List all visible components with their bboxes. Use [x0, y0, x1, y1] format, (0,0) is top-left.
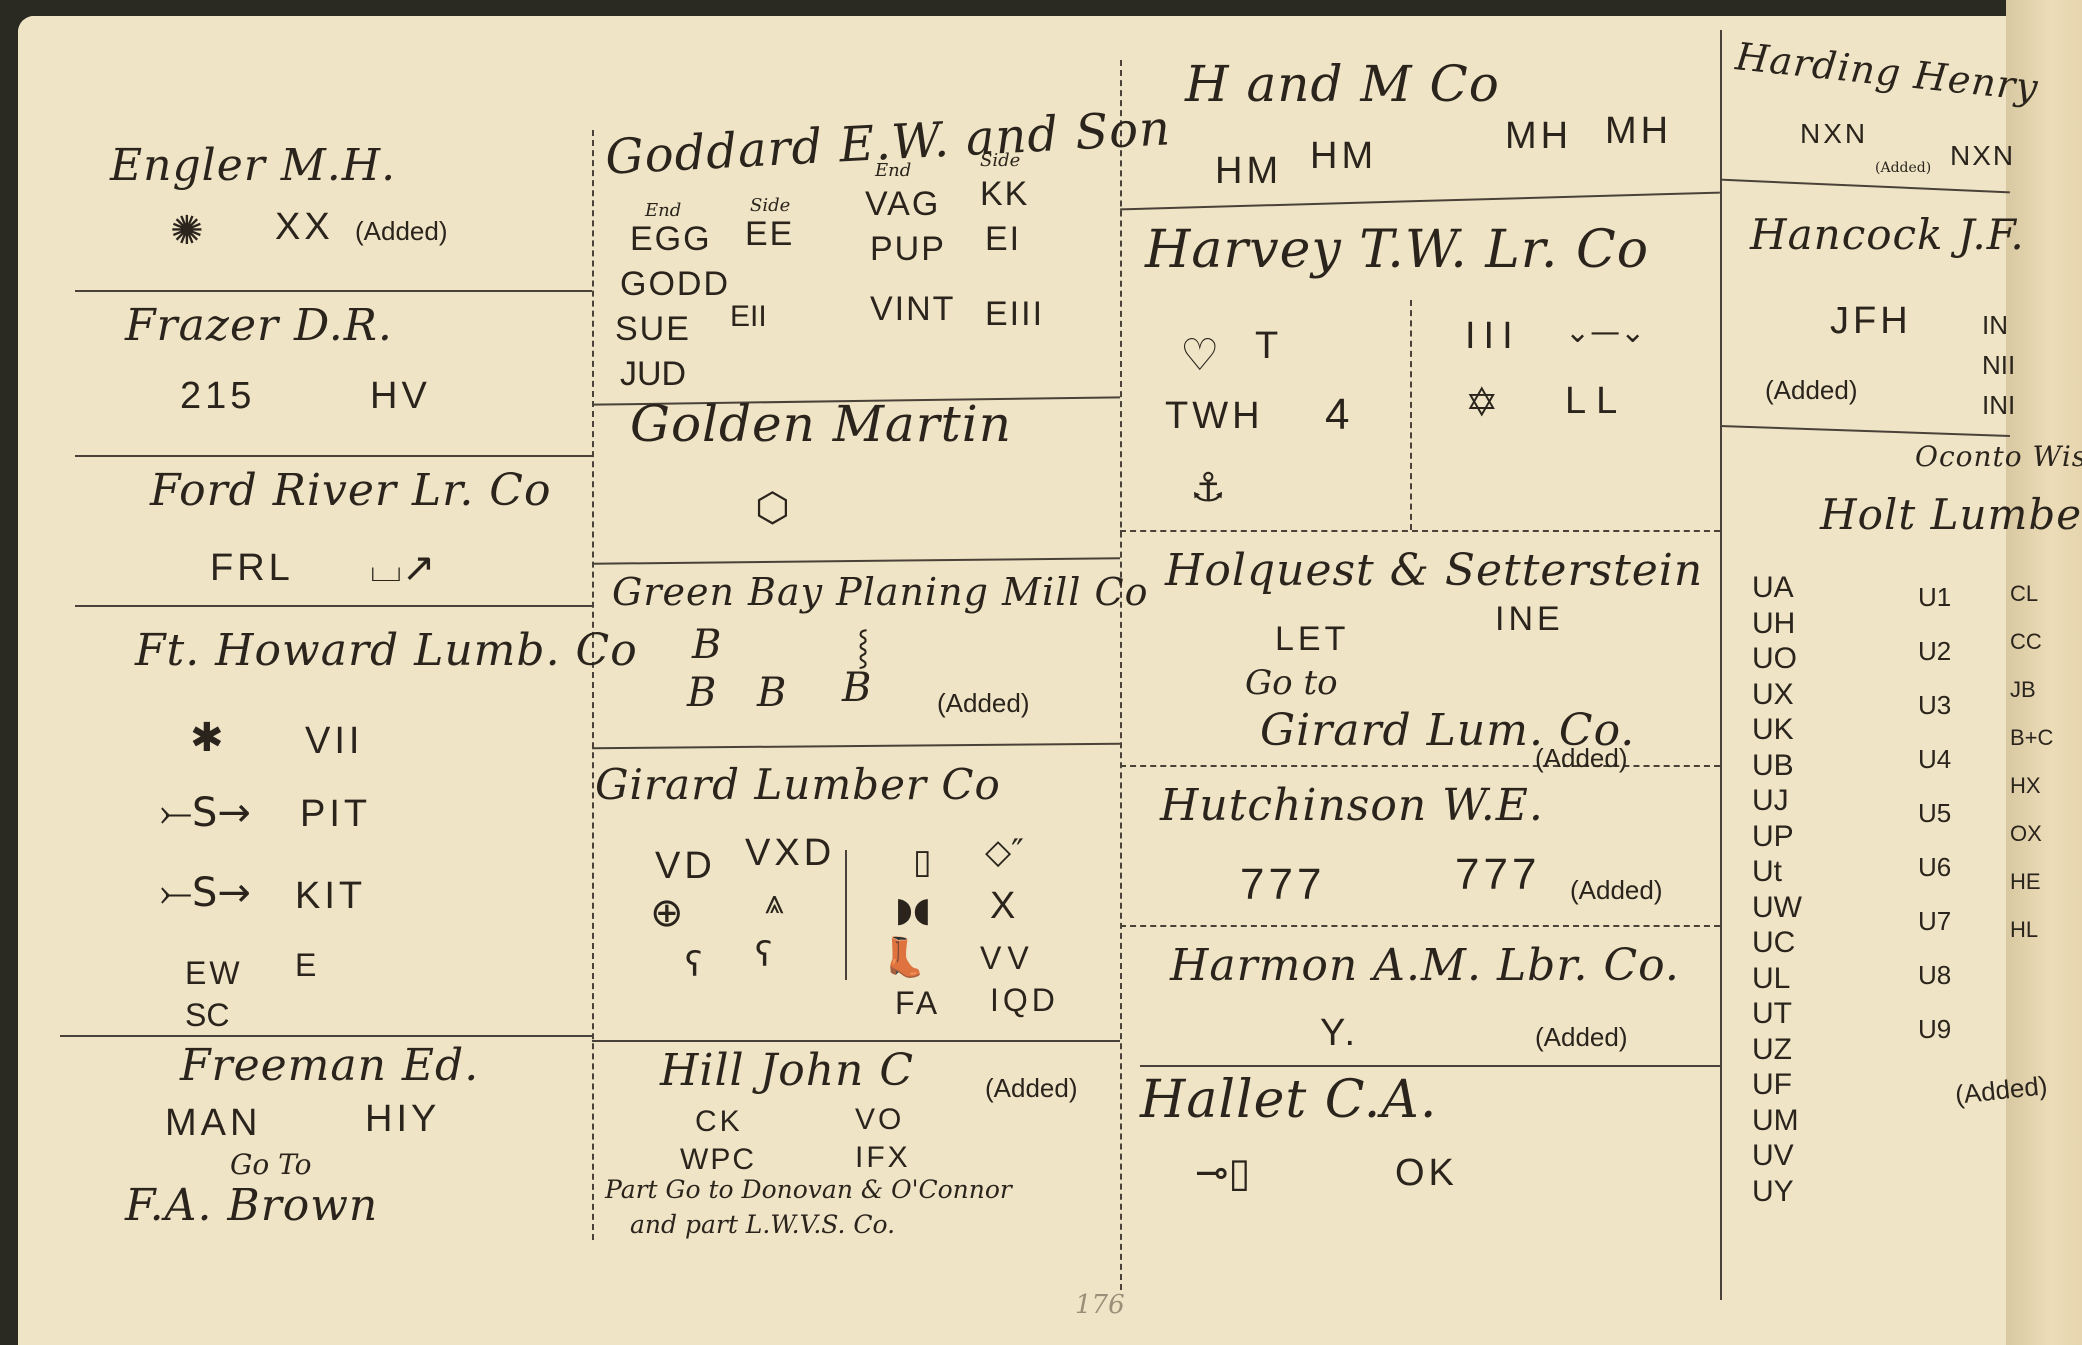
- transfer-note: Part Go to Donovan & O'Connor: [605, 1175, 1012, 1204]
- brand-mark: UV: [1752, 1138, 1802, 1174]
- brand-mark: EI: [985, 220, 1021, 259]
- entry-hill-john: Hill John C (Added) CK VO WPC IFX Part G…: [660, 1045, 914, 1096]
- entry-harding: Harding Henry NXN NXN (Added): [1735, 50, 2039, 94]
- key-icon: ⊸▯: [1195, 1150, 1251, 1196]
- brand-mark: CK: [695, 1105, 743, 1139]
- column-divider: [1120, 60, 1122, 1290]
- brand-mark: UJ: [1752, 783, 1802, 819]
- entry-girard: Girard Lumber Co VD VXD ⊕ ⩓ ʕ ʕ ▯ ◇″ ◗◖ …: [595, 760, 1001, 809]
- entry-name: Holquest & Setterstein: [1165, 545, 1703, 596]
- brand-mark: 215: [180, 375, 255, 418]
- brand-mark: UX: [1752, 677, 1802, 713]
- column-divider: [1720, 30, 1722, 1300]
- transfer-target: F.A. Brown: [125, 1180, 378, 1231]
- brand-mark: EE: [745, 215, 794, 254]
- brand-mark: VXD: [745, 832, 835, 875]
- brand-mark: MAN: [165, 1102, 261, 1145]
- entry-name: Holt Lumber: [1820, 490, 2082, 539]
- brand-mark: Y.: [1320, 1012, 1359, 1055]
- brand-mark: VINT: [870, 290, 955, 329]
- entry-name: Hallet C.A.: [1140, 1070, 1437, 1130]
- row-divider: [1120, 925, 1720, 927]
- brand-mark: HM: [1310, 135, 1377, 178]
- brand-mark: E: [295, 947, 316, 984]
- side-label: Side: [980, 150, 1020, 171]
- entry-name: Ft. Howard Lumb. Co: [135, 625, 638, 676]
- entry-name: Girard Lumber Co: [595, 760, 1001, 809]
- bar-icon: ▯: [913, 842, 932, 882]
- brand-mark: UZ: [1752, 1032, 1802, 1068]
- brand-mark: INI: [1982, 390, 2015, 421]
- brand-mark: FRL: [210, 547, 294, 590]
- row-divider: [1120, 530, 1720, 532]
- brand-mark: JFH: [1830, 300, 1912, 343]
- brand-mark: VV: [980, 940, 1035, 977]
- circle-cross-icon: ⊕: [650, 890, 684, 936]
- brand-mark: NII: [1982, 350, 2015, 381]
- brand-mark: U1: [1918, 570, 1951, 624]
- sun-icon: ✺: [170, 208, 204, 254]
- column-divider: [592, 130, 594, 1240]
- brand-mark: VO: [855, 1103, 904, 1137]
- transfer-note: Go to: [1245, 663, 1338, 703]
- brand-mark: III: [1465, 315, 1521, 358]
- brand-mark: SC: [185, 997, 229, 1034]
- entry-name: Freeman Ed.: [180, 1040, 479, 1091]
- entry-name: H and M Co: [1185, 55, 1500, 113]
- entry-name: Engler M.H.: [110, 140, 396, 191]
- brand-mark: PIT: [300, 793, 371, 836]
- brand-mark: 777: [1240, 860, 1325, 910]
- entry-engler: Engler M.H. ✺ XX (Added): [110, 140, 396, 191]
- entry-name: Ford River Lr. Co: [150, 465, 551, 516]
- anchor-icon: ⚓: [1190, 465, 1226, 511]
- entry-goddard: Goddard E.W. and Son End Side EGG EE GOD…: [605, 115, 1171, 171]
- entry-name: Harvey T.W. Lr. Co: [1145, 220, 1649, 280]
- added-note: (Added): [1570, 875, 1663, 906]
- brand-mark: 777: [1455, 850, 1540, 900]
- entry-name: Hill John C: [660, 1045, 914, 1096]
- brand-mark: VAG: [865, 185, 940, 224]
- brand-mark: UH: [1752, 606, 1802, 642]
- brand-mark: NXN: [1800, 118, 1868, 150]
- brand-mark: VD: [655, 845, 716, 888]
- entry-name: Golden Martin: [630, 395, 1012, 453]
- brand-mark: 4: [1325, 390, 1353, 440]
- hook-icon: ʕ: [755, 935, 772, 975]
- entry-freeman: Freeman Ed. MAN HIY Go To F.A. Brown: [180, 1040, 479, 1091]
- arrow-s-icon: ⤚S→: [160, 870, 251, 916]
- added-note: (Added): [1535, 1022, 1628, 1053]
- added-note: (Added): [937, 688, 1030, 719]
- a-brand-icon: ⩓: [765, 882, 784, 922]
- brand-mark: INE: [1495, 600, 1564, 639]
- brand-mark: HX: [2010, 762, 2053, 810]
- brand-mark: HE: [2010, 858, 2053, 906]
- page-number: 176: [1075, 1290, 1125, 1320]
- entry-ford-river: Ford River Lr. Co FRL ⌴↗: [150, 465, 551, 516]
- brand-mark: KK: [980, 175, 1029, 214]
- row-divider: [1120, 765, 1720, 767]
- boot-icon: 👢: [880, 935, 927, 980]
- hook-icon: ʕ: [685, 945, 702, 985]
- brand-mark: EW: [185, 955, 243, 992]
- heart-icon: ♡: [1180, 330, 1219, 381]
- added-note: (Added): [355, 216, 448, 247]
- bar-bracket-icon: ⌴↗: [370, 545, 436, 591]
- side-label: Side: [750, 195, 790, 216]
- entry-h-and-m: H and M Co HM HM MH MH: [1185, 55, 1500, 113]
- brand-mark: UC: [1752, 925, 1802, 961]
- brand-mark: EII: [730, 300, 767, 334]
- brand-mark: KIT: [295, 875, 366, 918]
- brand-mark: UF: [1752, 1067, 1802, 1103]
- entry-hallet: Hallet C.A. ⊸▯ OK: [1140, 1070, 1437, 1130]
- brand-mark: UW: [1752, 890, 1802, 926]
- brand-mark: X: [990, 885, 1019, 928]
- brand-mark: UA: [1752, 570, 1802, 606]
- brand-mark: HM: [1215, 150, 1282, 193]
- brand-mark: IN: [1982, 310, 2008, 341]
- row-divider: [75, 455, 592, 457]
- brand-mark: UT: [1752, 996, 1802, 1032]
- row-divider: [75, 605, 592, 607]
- brand-mark: U2: [1918, 624, 1951, 678]
- entry-green-bay: Green Bay Planing Mill Co B ⸾ B B B (Add…: [612, 570, 1148, 614]
- added-note: (Added): [1765, 375, 1858, 406]
- zigzag-icon: ⸾: [857, 622, 869, 668]
- brand-mark: B+C: [2010, 714, 2053, 762]
- brand-mark: B: [842, 665, 872, 711]
- arrow-s-icon: ⤚S→: [160, 790, 251, 836]
- entry-name: Hancock J.F.: [1750, 210, 2025, 259]
- entry-name: Harmon A.M. Lbr. Co.: [1170, 940, 1680, 991]
- brand-list-initials: CLCCJBB+CHXOXHEHL: [2010, 570, 2053, 954]
- brand-mark: EIII: [985, 295, 1044, 334]
- entry-name: Frazer D.R.: [125, 300, 393, 351]
- brand-mark: UP: [1752, 819, 1802, 855]
- moons-icon: ◗◖: [895, 890, 931, 930]
- entry-harvey: Harvey T.W. Lr. Co ♡ T TWH 4 ⚓ III ⌄—⌄ ✡…: [1145, 220, 1649, 280]
- entry-holquest: Holquest & Setterstein LET INE Go to Gir…: [1165, 545, 1703, 596]
- brand-mark: U7: [1918, 894, 1951, 948]
- brand-mark: U3: [1918, 678, 1951, 732]
- entry-name: Green Bay Planing Mill Co: [612, 570, 1148, 614]
- brand-mark: HIY: [365, 1098, 440, 1141]
- brand-mark: LL: [1565, 380, 1627, 423]
- brand-mark: SUE: [615, 310, 691, 349]
- brand-mark: EGG: [630, 220, 712, 259]
- brand-mark: IFX: [855, 1141, 911, 1175]
- brand-mark: U6: [1918, 840, 1951, 894]
- asterisk-icon: ✱: [190, 715, 224, 761]
- brand-mark: U8: [1918, 948, 1951, 1002]
- sub-divider: [845, 850, 847, 980]
- brand-mark: UK: [1752, 712, 1802, 748]
- brand-mark: WPC: [680, 1143, 756, 1177]
- end-label: End: [645, 200, 681, 221]
- star-icon: ✡: [1465, 380, 1499, 426]
- entry-golden-martin: Golden Martin ⬡: [630, 395, 1012, 453]
- row-divider: [75, 290, 592, 292]
- brand-mark: MH: [1605, 110, 1672, 153]
- brand-mark: JUD: [620, 355, 686, 394]
- entry-hancock: Hancock J.F. JFH (Added) IN NII INI: [1750, 210, 2025, 259]
- diamond-icon: ◇″: [985, 832, 1024, 872]
- added-note: (Added): [1535, 743, 1628, 774]
- hexagon-bracket-icon: ⬡: [755, 485, 790, 531]
- brand-mark: IQD: [990, 982, 1059, 1019]
- brand-mark: FA: [895, 985, 940, 1022]
- bar-arrow-icon: ⌄—⌄: [1565, 315, 1645, 350]
- brand-mark: U9: [1918, 1002, 1951, 1056]
- brand-mark: PUP: [870, 230, 946, 269]
- brand-mark: CL: [2010, 570, 2053, 618]
- brand-mark: OK: [1395, 1152, 1458, 1195]
- brand-mark: VII: [305, 720, 363, 763]
- brand-mark: HL: [2010, 906, 2053, 954]
- row-divider: [60, 1035, 592, 1037]
- entry-frazer: Frazer D.R. 215 HV: [125, 300, 393, 351]
- entry-ft-howard: Ft. Howard Lumb. Co ✱ VII ⤚S→ PIT ⤚S→ KI…: [135, 625, 638, 676]
- brand-mark: JB: [2010, 666, 2053, 714]
- entry-hutchinson: Hutchinson W.E. 777 777 (Added): [1160, 780, 1544, 831]
- brand-mark: Ut: [1752, 854, 1802, 890]
- brand-mark: MH: [1505, 115, 1572, 158]
- brand-mark: B: [757, 670, 787, 716]
- brand-list-u-numbers: U1U2U3U4U5U6U7U8U9: [1918, 570, 1951, 1056]
- added-note: (Added): [985, 1073, 1078, 1104]
- row-divider: [592, 1040, 1120, 1042]
- entry-harmon: Harmon A.M. Lbr. Co. Y. (Added): [1170, 940, 1680, 991]
- brand-mark: HV: [370, 375, 431, 418]
- brand-mark: T: [1255, 325, 1282, 368]
- brand-mark: UB: [1752, 748, 1802, 784]
- sub-divider: [1410, 300, 1412, 530]
- row-divider: [1140, 1065, 1720, 1067]
- brand-mark: UM: [1752, 1103, 1802, 1139]
- brand-mark: LET: [1275, 620, 1349, 659]
- transfer-note: Go To: [230, 1148, 311, 1181]
- brand-mark: XX: [275, 206, 334, 249]
- location-note: Oconto Wis: [1915, 440, 2082, 473]
- added-note: (Added): [1875, 160, 1931, 176]
- brand-mark: B: [692, 622, 722, 668]
- brand-mark: TWH: [1165, 395, 1264, 438]
- brand-mark: GODD: [620, 265, 730, 304]
- brand-mark: UY: [1752, 1174, 1802, 1210]
- brand-mark: U5: [1918, 786, 1951, 840]
- brand-mark: NXN: [1950, 140, 2015, 172]
- brand-mark: CC: [2010, 618, 2053, 666]
- brand-mark: UL: [1752, 961, 1802, 997]
- transfer-note: and part L.W.V.S. Co.: [630, 1210, 895, 1239]
- brand-mark: UO: [1752, 641, 1802, 677]
- brand-mark: B: [687, 670, 717, 716]
- entry-name: Hutchinson W.E.: [1160, 780, 1544, 831]
- brand-mark: OX: [2010, 810, 2053, 858]
- brand-list-u-letters: UAUHUOUXUKUBUJUPUtUWUCULUTUZUFUMUVUY: [1752, 570, 1802, 1209]
- brand-mark: U4: [1918, 732, 1951, 786]
- end-label: End: [875, 160, 911, 181]
